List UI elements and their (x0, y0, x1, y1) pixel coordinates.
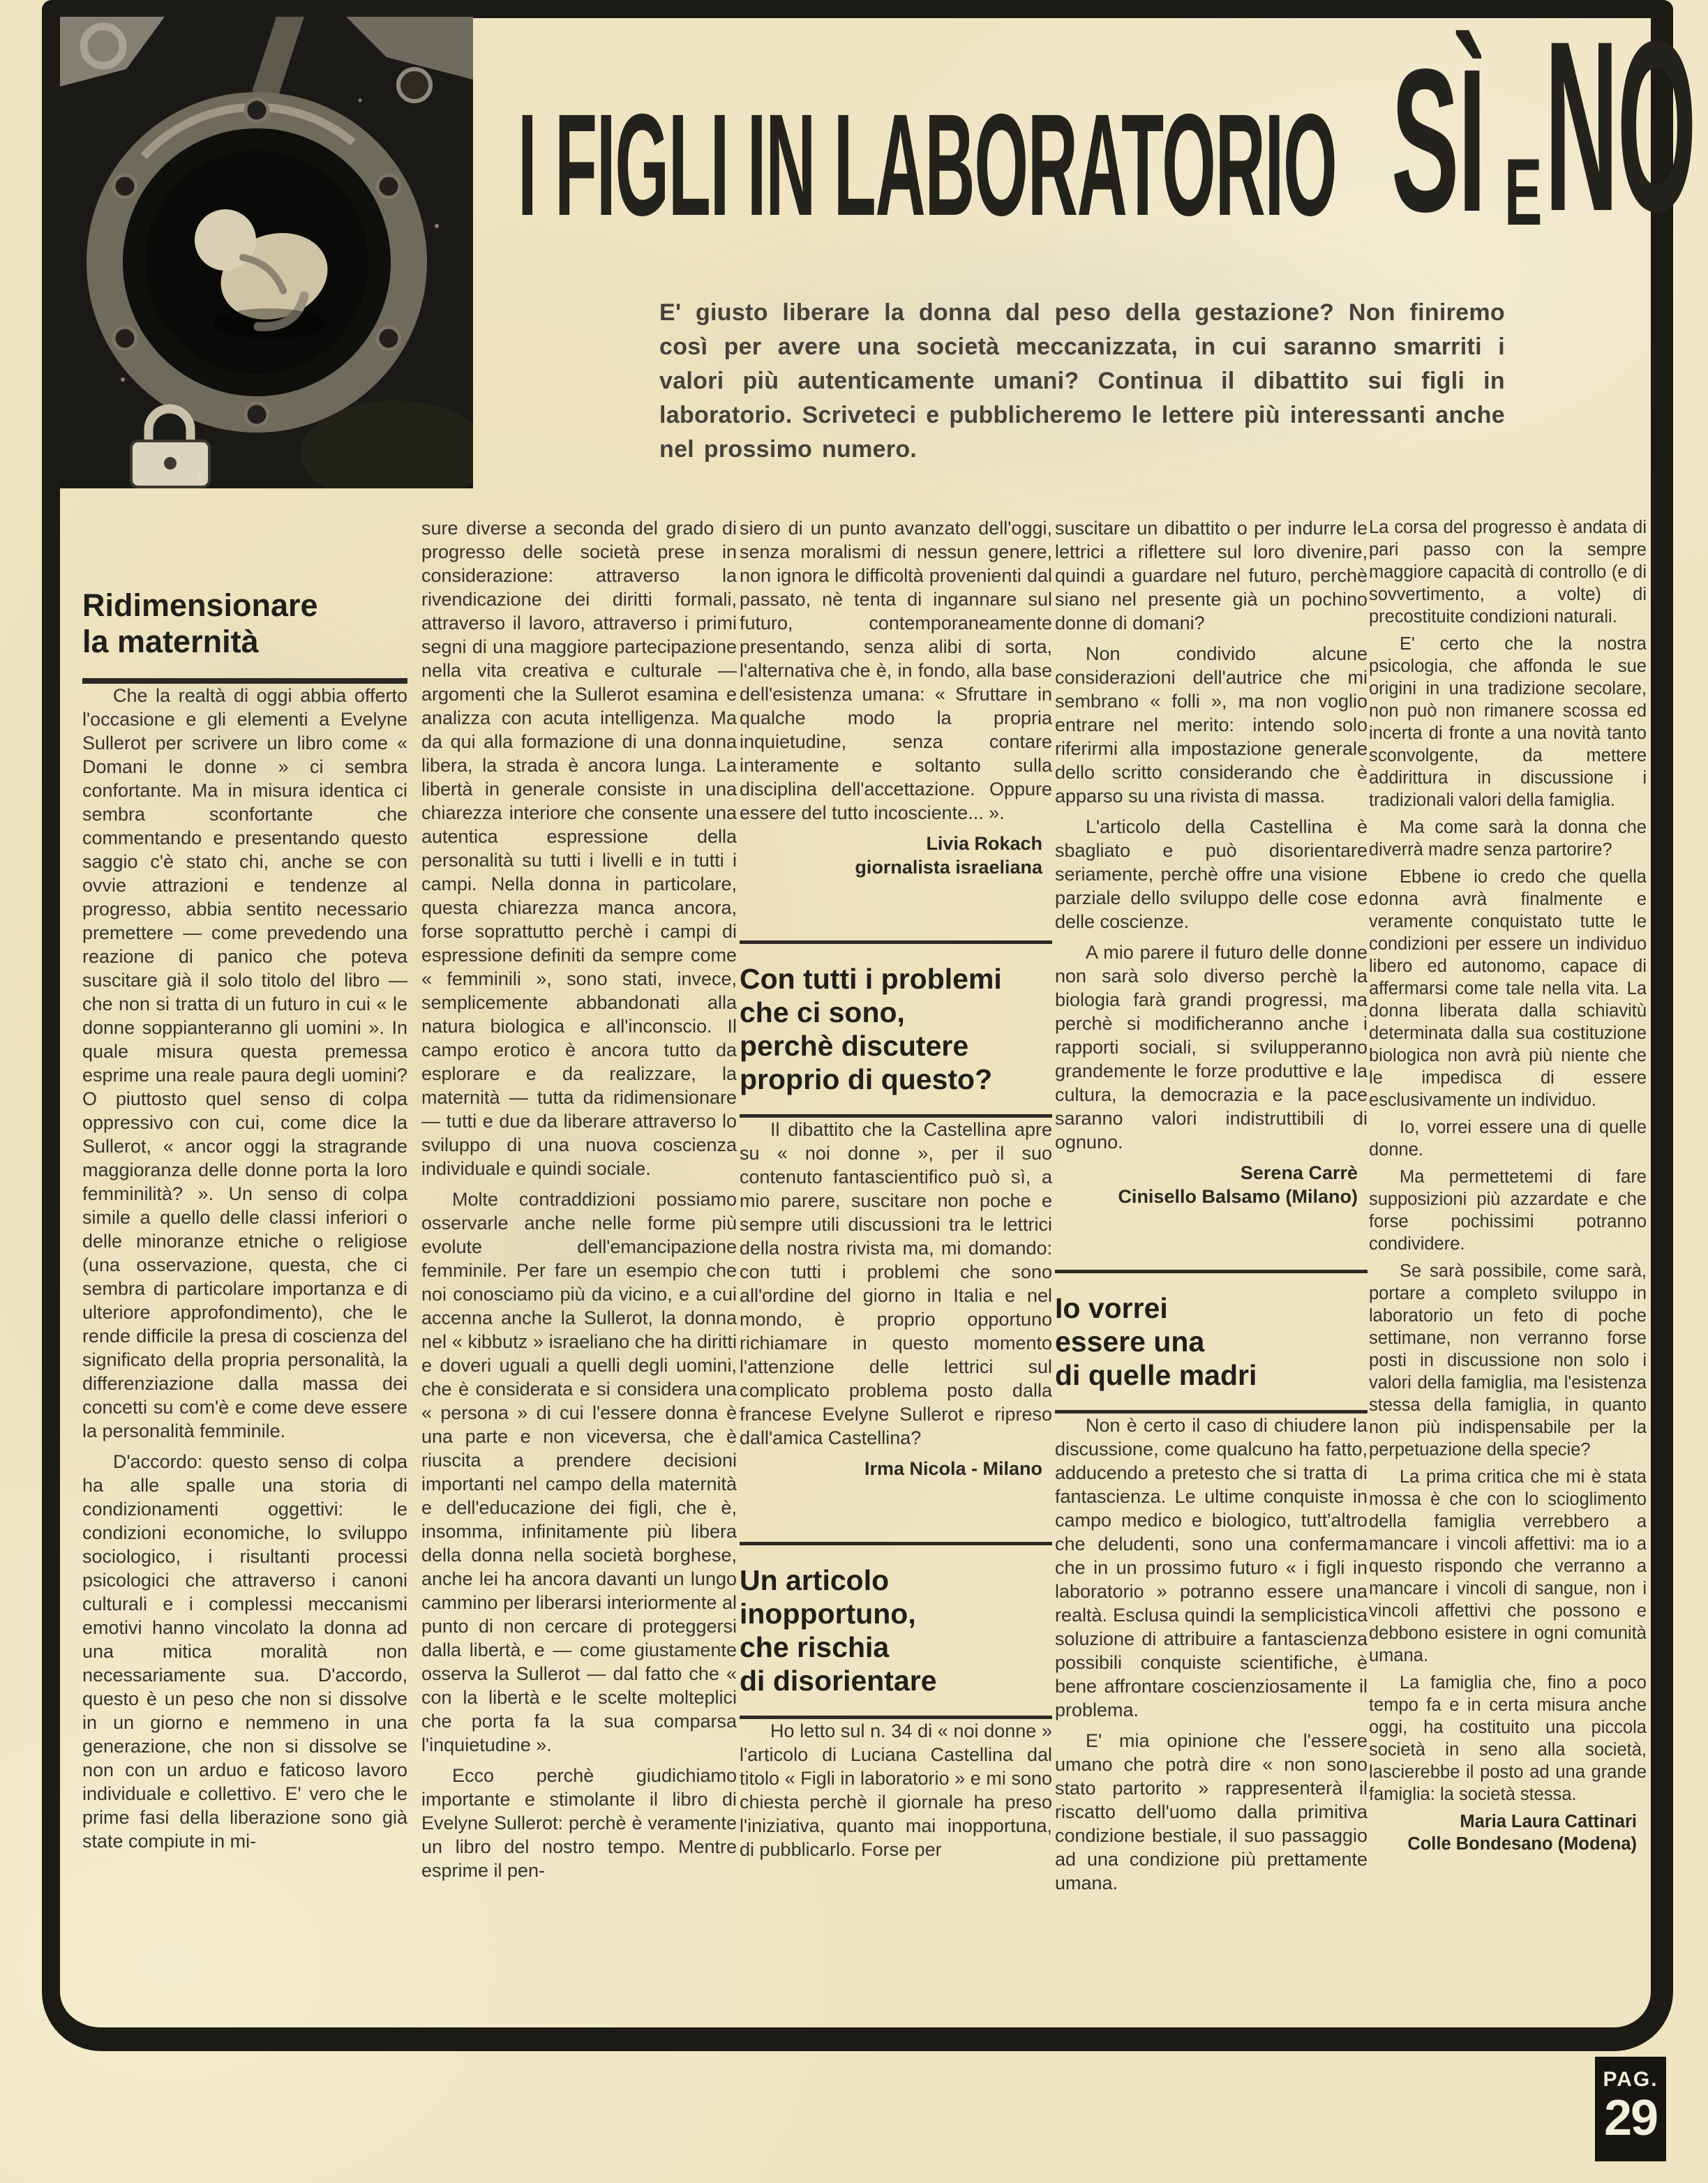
paragraph: Se sarà possibile, come sarà, portare a … (1369, 1260, 1647, 1461)
paragraph: D'accordo: questo senso di colpa ha alle… (82, 1450, 407, 1853)
column-2: sure diverse a seconda del grado di prog… (421, 516, 737, 2036)
signature-location: Cinisello Balsamo (Milano) (1055, 1185, 1368, 1208)
paragraph: Che la realtà di oggi abbia offerto l'oc… (82, 684, 407, 1443)
divider-rule (1055, 1270, 1368, 1273)
headline-main: I FIGLI IN LABORATORIO (518, 93, 1337, 238)
headline-no: NO (1545, 5, 1695, 248)
signature-name: Irma Nicola - Milano (740, 1457, 1052, 1480)
standfirst: E' giusto liberare la donna dal peso del… (659, 296, 1505, 467)
paragraph: suscitare un dibattito o per indurre le … (1055, 516, 1368, 635)
paragraph: Ma come sarà la donna che diverrà madre … (1369, 816, 1647, 861)
signature-role: giornalista israeliana (740, 855, 1052, 879)
column-5: La corsa del progresso è andata di pari … (1369, 516, 1647, 2036)
divider-rule (82, 678, 407, 684)
paragraph: La corsa del progresso è andata di pari … (1369, 516, 1647, 628)
letter-heading: Con tutti i problemi che ci sono, perchè… (740, 962, 1052, 1096)
paragraph: Ebbene io credo che quella donna avrà fi… (1369, 866, 1647, 1111)
page-number: 29 (1595, 2093, 1666, 2143)
paragraph: Ma permettetemi di fare supposizioni più… (1369, 1166, 1647, 1255)
paragraph: sure diverse a seconda del grado di prog… (421, 516, 737, 1180)
column-1: Ridimensionare la maternità Che la realt… (82, 587, 407, 2035)
laboratory-porthole-photo (60, 17, 473, 488)
letter-heading: Un articolo inopportuno, che rischia di … (740, 1563, 1052, 1697)
paragraph: Non è certo il caso di chiudere la discu… (1055, 1413, 1368, 1722)
paragraph: La famiglia che, fino a poco tempo fa e … (1369, 1672, 1647, 1806)
paragraph: Molte contraddizioni possiamo osservarle… (421, 1187, 737, 1757)
magazine-page: I FIGLI IN LABORATORIO SÌ E NO E' giusto… (0, 0, 1708, 2183)
article-headline: I FIGLI IN LABORATORIO SÌ E NO (518, 59, 1690, 248)
paragraph: L'articolo della Castellina è sbagliato … (1055, 815, 1368, 933)
signature-name: Livia Rokach (740, 832, 1052, 855)
letter-heading: Io vorrei essere una di quelle madri (1055, 1291, 1368, 1392)
divider-rule (740, 1542, 1052, 1545)
paragraph: E' mia opinione che l'essere umano che p… (1055, 1729, 1368, 1895)
paragraph: A mio parere il futuro delle donne non s… (1055, 940, 1368, 1154)
signature-name: Serena Carrè (1055, 1161, 1368, 1185)
column-3: siero di un punto avanzato dell'oggi, se… (740, 516, 1052, 2036)
paragraph: siero di un punto avanzato dell'oggi, se… (740, 516, 1052, 825)
signature-name: Maria Laura Cattinari (1369, 1810, 1647, 1833)
paragraph: Ecco perchè giudichiamo importante e sti… (421, 1764, 737, 1882)
paragraph: Ho letto sul n. 34 di « noi donne » l'ar… (740, 1719, 1052, 1861)
column-4: suscitare un dibattito o per indurre le … (1055, 516, 1368, 2036)
divider-rule (740, 940, 1052, 944)
page-label: PAG. (1595, 2068, 1666, 2092)
headline-e: E (1504, 144, 1541, 239)
paragraph: E' certo che la nostra psicologia, che a… (1369, 633, 1647, 811)
paragraph: La prima critica che mi è stata mossa è … (1369, 1466, 1647, 1667)
page-number-badge: PAG. 29 (1595, 2057, 1666, 2161)
paragraph: Non condivido alcune considerazioni dell… (1055, 642, 1368, 808)
paragraph: Io, vorrei essere una di quelle donne. (1369, 1116, 1647, 1161)
section-heading: Ridimensionare la maternità (82, 587, 407, 660)
paragraph: Il dibattito che la Castellina apre su «… (740, 1118, 1052, 1450)
signature-location: Colle Bondesano (Modena) (1369, 1833, 1647, 1855)
headline-si: SÌ (1391, 38, 1485, 242)
